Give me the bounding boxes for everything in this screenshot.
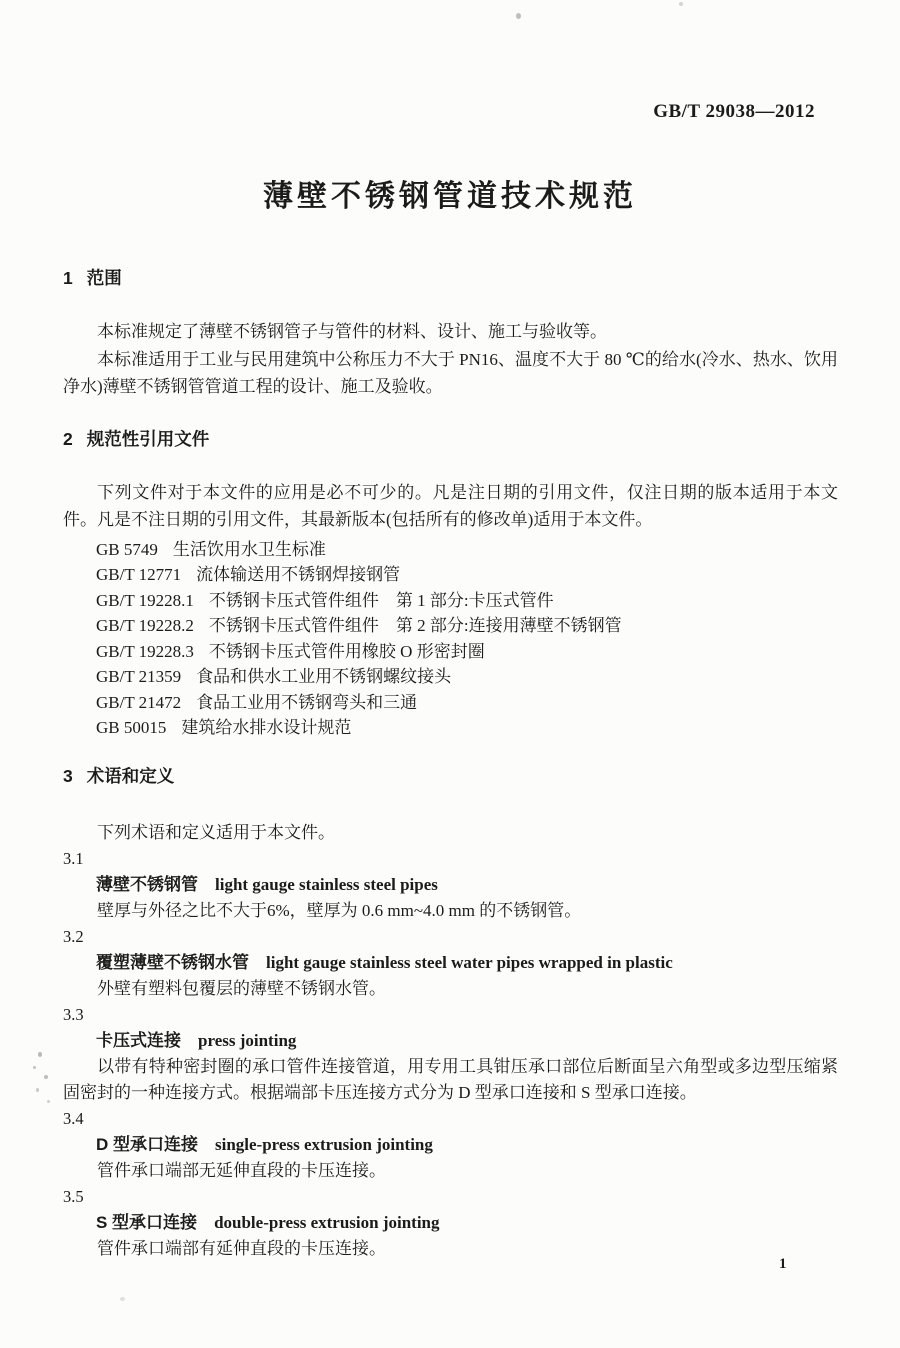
- term-entry: 3.4 D 型承口连接single-press extrusion jointi…: [63, 1106, 838, 1184]
- term-definition: 壁厚与外径之比不大于6%，壁厚为 0.6 mm~4.0 mm 的不锈钢管。: [63, 898, 838, 924]
- section-3-number: 3: [63, 766, 73, 786]
- term-number: 3.5: [63, 1184, 838, 1210]
- term-number: 3.2: [63, 924, 838, 950]
- term-name-en: press jointing: [198, 1031, 296, 1050]
- term-name-en: light gauge stainless steel water pipes …: [266, 953, 673, 972]
- reference-item: GB/T 21472食品工业用不锈钢弯头和三通: [96, 690, 838, 716]
- section-1-number: 1: [63, 268, 73, 288]
- reference-item: GB 5749生活饮用水卫生标准: [96, 537, 838, 563]
- reference-code: GB/T 19228.3: [96, 642, 194, 661]
- page-number: 1: [779, 1256, 787, 1273]
- term-number: 3.3: [63, 1002, 838, 1028]
- reference-code: GB/T 19228.2: [96, 616, 194, 635]
- term-name: D 型承口连接single-press extrusion jointing: [63, 1132, 838, 1158]
- term-name: S 型承口连接double-press extrusion jointing: [63, 1210, 838, 1236]
- term-number: 3.4: [63, 1106, 838, 1132]
- section-3-title: 术语和定义: [87, 766, 175, 786]
- terms-list: 3.1 薄壁不锈钢管light gauge stainless steel pi…: [63, 846, 838, 1262]
- section-1-paragraph: 本标准规定了薄壁不锈钢管子与管件的材料、设计、施工与验收等。: [63, 318, 838, 346]
- term-name: 薄壁不锈钢管light gauge stainless steel pipes: [63, 872, 838, 898]
- term-name-en: double-press extrusion jointing: [214, 1213, 439, 1232]
- section-2-heading: 2规范性引用文件: [63, 428, 838, 450]
- term-name-en: light gauge stainless steel pipes: [215, 875, 438, 894]
- reference-item: GB/T 19228.2不锈钢卡压式管件组件 第 2 部分:连接用薄壁不锈钢管: [96, 613, 838, 639]
- term-definition: 管件承口端部有延伸直段的卡压连接。: [63, 1236, 838, 1262]
- term-name-zh: D 型承口连接: [96, 1135, 198, 1154]
- reference-code: GB 50015: [96, 718, 166, 737]
- term-entry: 3.5 S 型承口连接double-press extrusion jointi…: [63, 1184, 838, 1262]
- doc-title: 薄壁不锈钢管道技术规范: [0, 179, 900, 215]
- section-1-paragraph: 本标准适用于工业与民用建筑中公称压力不大于 PN16、温度不大于 80 ℃的给水…: [63, 346, 838, 401]
- scan-smudge-icon: [36, 1088, 39, 1092]
- reference-title: 食品工业用不锈钢弯头和三通: [196, 693, 417, 712]
- section-1-heading: 1范围: [63, 267, 838, 289]
- doc-code: GB/T 29038—2012: [653, 101, 815, 122]
- reference-code: GB 5749: [96, 540, 158, 559]
- scan-smudge-icon: [120, 1297, 125, 1301]
- doc-header: GB/T 29038—2012: [0, 0, 900, 123]
- section-2-number: 2: [63, 429, 73, 449]
- reference-item: GB/T 12771流体输送用不锈钢焊接钢管: [96, 562, 838, 588]
- term-name: 卡压式连接press jointing: [63, 1028, 838, 1054]
- term-entry: 3.1 薄壁不锈钢管light gauge stainless steel pi…: [63, 846, 838, 924]
- section-3-heading: 3术语和定义: [63, 765, 838, 787]
- reference-title: 不锈钢卡压式管件组件 第 2 部分:连接用薄壁不锈钢管: [209, 616, 622, 635]
- scan-smudge-icon: [44, 1075, 48, 1079]
- reference-item: GB/T 19228.3不锈钢卡压式管件用橡胶 O 形密封圈: [96, 639, 838, 665]
- reference-code: GB/T 19228.1: [96, 591, 194, 610]
- section-2-title: 规范性引用文件: [87, 429, 210, 449]
- reference-title: 建筑给水排水设计规范: [181, 718, 351, 737]
- section-3-intro: 下列术语和定义适用于本文件。: [63, 819, 838, 847]
- section-1-title: 范围: [87, 268, 122, 288]
- term-name-en: single-press extrusion jointing: [215, 1135, 433, 1154]
- scan-smudge-icon: [47, 1100, 50, 1103]
- section-2-intro: 下列文件对于本文件的应用是必不可少的。凡是注日期的引用文件，仅注日期的版本适用于…: [63, 479, 838, 534]
- reference-code: GB/T 21472: [96, 693, 181, 712]
- reference-item: GB/T 19228.1不锈钢卡压式管件组件 第 1 部分:卡压式管件: [96, 588, 838, 614]
- term-name-zh: 覆塑薄壁不锈钢水管: [96, 953, 249, 972]
- scan-smudge-icon: [38, 1052, 42, 1057]
- term-number: 3.1: [63, 846, 838, 872]
- reference-title: 生活饮用水卫生标准: [173, 540, 326, 559]
- reference-title: 不锈钢卡压式管件用橡胶 O 形密封圈: [209, 642, 485, 661]
- reference-title: 不锈钢卡压式管件组件 第 1 部分:卡压式管件: [209, 591, 554, 610]
- reference-code: GB/T 12771: [96, 565, 181, 584]
- reference-title: 流体输送用不锈钢焊接钢管: [196, 565, 400, 584]
- scan-speck-icon: [679, 2, 683, 6]
- term-definition: 以带有特种密封圈的承口管件连接管道，用专用工具钳压承口部位后断面呈六角型或多边型…: [63, 1054, 838, 1106]
- document-page: GB/T 29038—2012 薄壁不锈钢管道技术规范 1范围 本标准规定了薄壁…: [0, 0, 900, 1348]
- term-name-zh: S 型承口连接: [96, 1213, 197, 1232]
- term-name-zh: 薄壁不锈钢管: [96, 875, 198, 894]
- term-entry: 3.3 卡压式连接press jointing 以带有特种密封圈的承口管件连接管…: [63, 1002, 838, 1106]
- term-definition: 外壁有塑料包覆层的薄壁不锈钢水管。: [63, 976, 838, 1002]
- doc-body: 1范围 本标准规定了薄壁不锈钢管子与管件的材料、设计、施工与验收等。 本标准适用…: [0, 267, 900, 1262]
- reference-code: GB/T 21359: [96, 667, 181, 686]
- reference-list: GB 5749生活饮用水卫生标准 GB/T 12771流体输送用不锈钢焊接钢管 …: [63, 537, 838, 741]
- reference-item: GB/T 21359食品和供水工业用不锈钢螺纹接头: [96, 664, 838, 690]
- term-definition: 管件承口端部无延伸直段的卡压连接。: [63, 1158, 838, 1184]
- term-entry: 3.2 覆塑薄壁不锈钢水管light gauge stainless steel…: [63, 924, 838, 1002]
- scan-speck-icon: [516, 13, 521, 19]
- term-name-zh: 卡压式连接: [96, 1031, 181, 1050]
- reference-item: GB 50015建筑给水排水设计规范: [96, 715, 838, 741]
- reference-title: 食品和供水工业用不锈钢螺纹接头: [196, 667, 451, 686]
- scan-smudge-icon: [33, 1066, 36, 1069]
- term-name: 覆塑薄壁不锈钢水管light gauge stainless steel wat…: [63, 950, 838, 976]
